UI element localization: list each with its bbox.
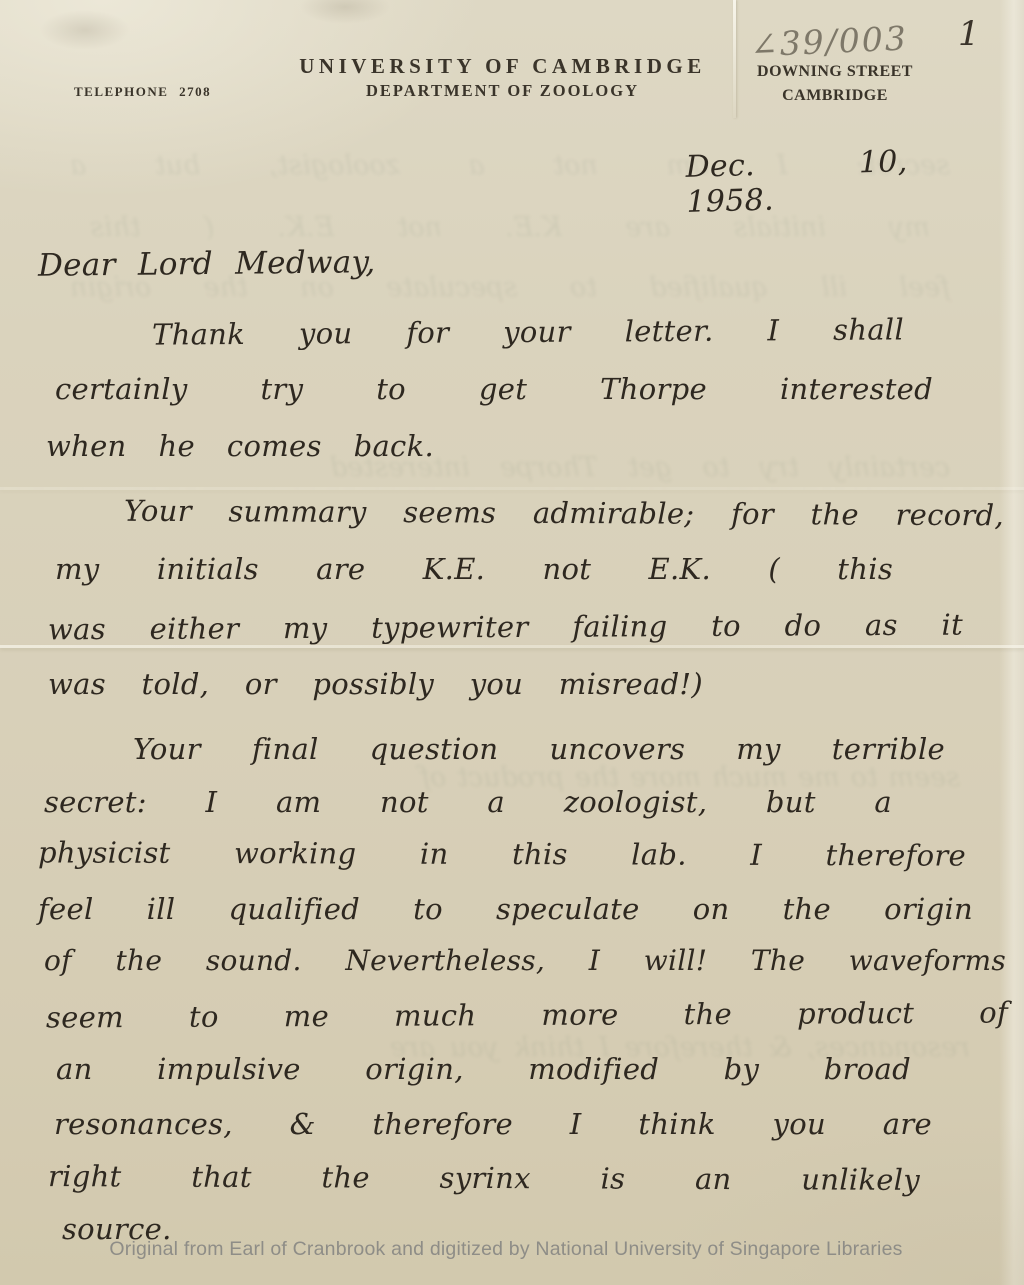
scanned-letter-page: secret: I am not a zoologist, but a my i… [0, 0, 1024, 1285]
letter-line: was either my typewriter failing to do a… [48, 609, 963, 647]
fold-crease-horizontal-faint [0, 487, 1024, 490]
letterhead-address-city: CAMBRIDGE [752, 84, 918, 108]
letter-line: an impulsive origin, modified by broad [56, 1053, 911, 1086]
letterhead-address-street: DOWNING STREET [752, 60, 918, 84]
letter-line: of the sound. Nevertheless, I will! The … [44, 945, 1006, 977]
letter-line: my initials are K.E. not E.K. ( this [55, 553, 893, 586]
letter-line: when he comes back. [46, 430, 434, 463]
letter-line: physicist working in this lab. I therefo… [38, 836, 966, 873]
letter-line: resonances, & therefore I think you are [54, 1108, 932, 1141]
paper-smudge [300, 0, 390, 24]
letter-line: certainly try to get Thorpe interested [55, 373, 933, 406]
letter-salutation: Dear Lord Medway, [38, 244, 376, 284]
letter-line: Thank you for your letter. I shall [152, 313, 904, 352]
letterhead-address: DOWNING STREET CAMBRIDGE [752, 60, 918, 108]
letter-date: Dec. 10, 1958. [685, 145, 909, 220]
letter-line: right that the syrinx is an unlikely [48, 1160, 920, 1197]
paper-smudge [40, 10, 130, 50]
digitization-watermark: Original from Earl of Cranbrook and digi… [0, 1238, 1012, 1261]
letter-line: Your final question uncovers my terrible [133, 733, 945, 766]
letter-line: feel ill qualified to speculate on the o… [38, 893, 973, 926]
letter-line: seem to me much more the product of [46, 996, 1008, 1034]
letter-line: Your summary seems admirable; for the re… [124, 495, 1004, 533]
letter-line: secret: I am not a zoologist, but a [44, 786, 892, 819]
page-number: 1 [958, 14, 980, 54]
letter-line: was told, or possibly you misread!) [48, 668, 703, 701]
